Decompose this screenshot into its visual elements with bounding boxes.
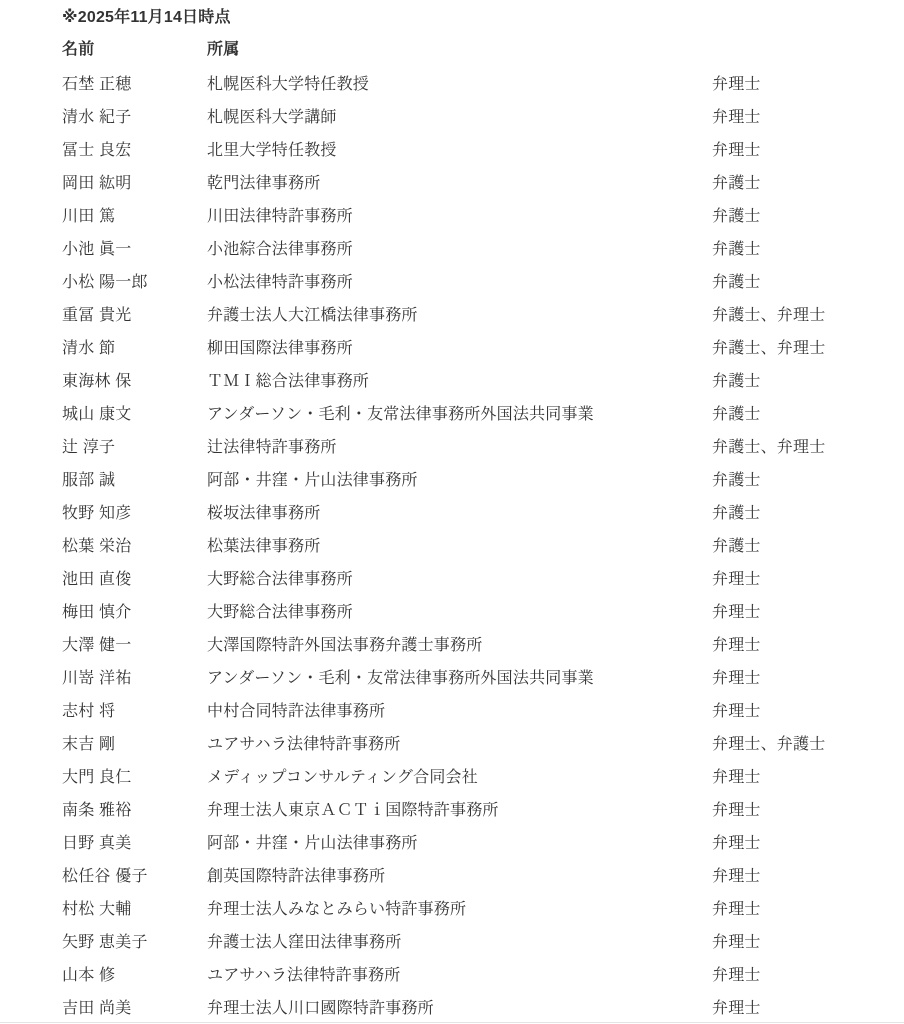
column-header-name: 名前 bbox=[62, 36, 207, 59]
table-body: 石埜 正穂 札幌医科大学特任教授 弁理士 清水 紀子 札幌医科大学講師 弁理士 … bbox=[0, 66, 904, 1023]
affiliation-cell: 札幌医科大学特任教授 bbox=[207, 71, 712, 94]
affiliation-cell: 松葉法律事務所 bbox=[207, 533, 712, 556]
name-cell: 末吉 剛 bbox=[62, 731, 207, 754]
affiliation-cell: 札幌医科大学講師 bbox=[207, 104, 712, 127]
qualification-cell: 弁護士、弁理士 bbox=[712, 302, 904, 325]
table-row: 池田 直俊 大野総合法律事務所 弁理士 bbox=[0, 561, 904, 594]
qualification-cell: 弁理士 bbox=[712, 566, 904, 589]
table-row: 松葉 栄治 松葉法律事務所 弁護士 bbox=[0, 528, 904, 561]
qualification-cell: 弁護士 bbox=[712, 170, 904, 193]
qualification-cell: 弁護士 bbox=[712, 203, 904, 226]
name-cell: 南条 雅裕 bbox=[62, 797, 207, 820]
affiliation-cell: 弁護士法人大江橋法律事務所 bbox=[207, 302, 712, 325]
affiliation-cell: 創英国際特許法律事務所 bbox=[207, 863, 712, 886]
affiliation-cell: アンダーソン・毛利・友常法律事務所外国法共同事業 bbox=[207, 401, 712, 424]
affiliation-cell: 大野総合法律事務所 bbox=[207, 566, 712, 589]
table-row: 東海林 保 ＴＭＩ総合法律事務所 弁護士 bbox=[0, 363, 904, 396]
name-cell: 松葉 栄治 bbox=[62, 533, 207, 556]
table-row: 大門 良仁 メディップコンサルティング合同会社 弁理士 bbox=[0, 759, 904, 792]
qualification-cell: 弁理士 bbox=[712, 962, 904, 985]
table-row: 石埜 正穂 札幌医科大学特任教授 弁理士 bbox=[0, 66, 904, 99]
table-row: 冨士 良宏 北里大学特任教授 弁理士 bbox=[0, 132, 904, 165]
qualification-cell: 弁理士 bbox=[712, 929, 904, 952]
qualification-cell: 弁護士 bbox=[712, 368, 904, 391]
table-row: 川田 篤 川田法律特許事務所 弁護士 bbox=[0, 198, 904, 231]
affiliation-cell: メディップコンサルティング合同会社 bbox=[207, 764, 712, 787]
name-cell: 岡田 紘明 bbox=[62, 170, 207, 193]
table-row: 山本 修 ユアサハラ法律特許事務所 弁理士 bbox=[0, 957, 904, 990]
name-cell: 梅田 慎介 bbox=[62, 599, 207, 622]
qualification-cell: 弁理士 bbox=[712, 830, 904, 853]
name-cell: 志村 将 bbox=[62, 698, 207, 721]
qualification-cell: 弁理士 bbox=[712, 764, 904, 787]
table-row: 服部 誠 阿部・井窪・片山法律事務所 弁護士 bbox=[0, 462, 904, 495]
name-cell: 矢野 恵美子 bbox=[62, 929, 207, 952]
table-row: 牧野 知彦 桜坂法律事務所 弁護士 bbox=[0, 495, 904, 528]
qualification-cell: 弁護士、弁理士 bbox=[712, 434, 904, 457]
affiliation-cell: 大澤国際特許外国法事務弁護士事務所 bbox=[207, 632, 712, 655]
affiliation-cell: 弁理士法人川口國際特許事務所 bbox=[207, 995, 712, 1018]
qualification-cell: 弁理士 bbox=[712, 995, 904, 1018]
name-cell: 服部 誠 bbox=[62, 467, 207, 490]
name-cell: 牧野 知彦 bbox=[62, 500, 207, 523]
table-row: 吉田 尚美 弁理士法人川口國際特許事務所 弁理士 bbox=[0, 990, 904, 1023]
qualification-cell: 弁理士 bbox=[712, 863, 904, 886]
qualification-cell: 弁理士、弁護士 bbox=[712, 731, 904, 754]
affiliation-cell: 小松法律特許事務所 bbox=[207, 269, 712, 292]
qualification-cell: 弁護士 bbox=[712, 467, 904, 490]
table-row: 川嵜 洋祐 アンダーソン・毛利・友常法律事務所外国法共同事業 弁理士 bbox=[0, 660, 904, 693]
qualification-cell: 弁護士 bbox=[712, 401, 904, 424]
table-row: 小池 眞一 小池綜合法律事務所 弁護士 bbox=[0, 231, 904, 264]
table-row: 南条 雅裕 弁理士法人東京ＡＣＴｉ国際特許事務所 弁理士 bbox=[0, 792, 904, 825]
qualification-cell: 弁理士 bbox=[712, 665, 904, 688]
table-row: 矢野 恵美子 弁護士法人窪田法律事務所 弁理士 bbox=[0, 924, 904, 957]
name-cell: 東海林 保 bbox=[62, 368, 207, 391]
qualification-cell: 弁理士 bbox=[712, 599, 904, 622]
affiliation-cell: 桜坂法律事務所 bbox=[207, 500, 712, 523]
name-cell: 石埜 正穂 bbox=[62, 71, 207, 94]
table-row: 小松 陽一郎 小松法律特許事務所 弁護士 bbox=[0, 264, 904, 297]
name-cell: 冨士 良宏 bbox=[62, 137, 207, 160]
table-header-row: 名前 所属 bbox=[0, 30, 904, 64]
name-cell: 清水 紀子 bbox=[62, 104, 207, 127]
name-cell: 辻 淳子 bbox=[62, 434, 207, 457]
table-row: 岡田 紘明 乾門法律事務所 弁護士 bbox=[0, 165, 904, 198]
qualification-cell: 弁理士 bbox=[712, 632, 904, 655]
table-row: 梅田 慎介 大野総合法律事務所 弁理士 bbox=[0, 594, 904, 627]
affiliation-cell: 大野総合法律事務所 bbox=[207, 599, 712, 622]
affiliation-cell: 弁理士法人みなとみらい特許事務所 bbox=[207, 896, 712, 919]
table-row: 清水 節 柳田国際法律事務所 弁護士、弁理士 bbox=[0, 330, 904, 363]
name-cell: 村松 大輔 bbox=[62, 896, 207, 919]
table-row: 重冨 貴光 弁護士法人大江橋法律事務所 弁護士、弁理士 bbox=[0, 297, 904, 330]
affiliation-cell: アンダーソン・毛利・友常法律事務所外国法共同事業 bbox=[207, 665, 712, 688]
affiliation-cell: ＴＭＩ総合法律事務所 bbox=[207, 368, 712, 391]
affiliation-cell: 弁護士法人窪田法律事務所 bbox=[207, 929, 712, 952]
affiliation-cell: 小池綜合法律事務所 bbox=[207, 236, 712, 259]
name-cell: 清水 節 bbox=[62, 335, 207, 358]
qualification-cell: 弁理士 bbox=[712, 137, 904, 160]
name-cell: 大澤 健一 bbox=[62, 632, 207, 655]
affiliation-cell: ユアサハラ法律特許事務所 bbox=[207, 731, 712, 754]
affiliation-cell: 弁理士法人東京ＡＣＴｉ国際特許事務所 bbox=[207, 797, 712, 820]
name-cell: 池田 直俊 bbox=[62, 566, 207, 589]
affiliation-cell: 川田法律特許事務所 bbox=[207, 203, 712, 226]
member-list-page: ※2025年11月14日時点 名前 所属 石埜 正穂 札幌医科大学特任教授 弁理… bbox=[0, 0, 904, 1024]
affiliation-cell: 北里大学特任教授 bbox=[207, 137, 712, 160]
name-cell: 山本 修 bbox=[62, 962, 207, 985]
table-row: 辻 淳子 辻法律特許事務所 弁護士、弁理士 bbox=[0, 429, 904, 462]
qualification-cell: 弁護士、弁理士 bbox=[712, 335, 904, 358]
affiliation-cell: 阿部・井窪・片山法律事務所 bbox=[207, 830, 712, 853]
name-cell: 大門 良仁 bbox=[62, 764, 207, 787]
qualification-cell: 弁理士 bbox=[712, 698, 904, 721]
qualification-cell: 弁理士 bbox=[712, 71, 904, 94]
table-row: 清水 紀子 札幌医科大学講師 弁理士 bbox=[0, 99, 904, 132]
table-row: 村松 大輔 弁理士法人みなとみらい特許事務所 弁理士 bbox=[0, 891, 904, 924]
name-cell: 小池 眞一 bbox=[62, 236, 207, 259]
qualification-cell: 弁護士 bbox=[712, 269, 904, 292]
bottom-divider bbox=[0, 1022, 904, 1023]
table-row: 松任谷 優子 創英国際特許法律事務所 弁理士 bbox=[0, 858, 904, 891]
qualification-cell: 弁護士 bbox=[712, 236, 904, 259]
name-cell: 重冨 貴光 bbox=[62, 302, 207, 325]
qualification-cell: 弁理士 bbox=[712, 797, 904, 820]
table-row: 大澤 健一 大澤国際特許外国法事務弁護士事務所 弁理士 bbox=[0, 627, 904, 660]
table-row: 城山 康文 アンダーソン・毛利・友常法律事務所外国法共同事業 弁護士 bbox=[0, 396, 904, 429]
qualification-cell: 弁護士 bbox=[712, 500, 904, 523]
affiliation-cell: 阿部・井窪・片山法律事務所 bbox=[207, 467, 712, 490]
name-cell: 城山 康文 bbox=[62, 401, 207, 424]
name-cell: 日野 真美 bbox=[62, 830, 207, 853]
table-row: 末吉 剛 ユアサハラ法律特許事務所 弁理士、弁護士 bbox=[0, 726, 904, 759]
name-cell: 小松 陽一郎 bbox=[62, 269, 207, 292]
table-row: 日野 真美 阿部・井窪・片山法律事務所 弁理士 bbox=[0, 825, 904, 858]
as-of-date-note: ※2025年11月14日時点 bbox=[0, 0, 904, 30]
table-row: 志村 将 中村合同特許法律事務所 弁理士 bbox=[0, 693, 904, 726]
name-cell: 川田 篤 bbox=[62, 203, 207, 226]
affiliation-cell: 乾門法律事務所 bbox=[207, 170, 712, 193]
column-header-affiliation: 所属 bbox=[207, 36, 712, 59]
affiliation-cell: 辻法律特許事務所 bbox=[207, 434, 712, 457]
affiliation-cell: ユアサハラ法律特許事務所 bbox=[207, 962, 712, 985]
qualification-cell: 弁理士 bbox=[712, 104, 904, 127]
qualification-cell: 弁理士 bbox=[712, 896, 904, 919]
name-cell: 川嵜 洋祐 bbox=[62, 665, 207, 688]
affiliation-cell: 柳田国際法律事務所 bbox=[207, 335, 712, 358]
affiliation-cell: 中村合同特許法律事務所 bbox=[207, 698, 712, 721]
name-cell: 松任谷 優子 bbox=[62, 863, 207, 886]
name-cell: 吉田 尚美 bbox=[62, 995, 207, 1018]
qualification-cell: 弁護士 bbox=[712, 533, 904, 556]
